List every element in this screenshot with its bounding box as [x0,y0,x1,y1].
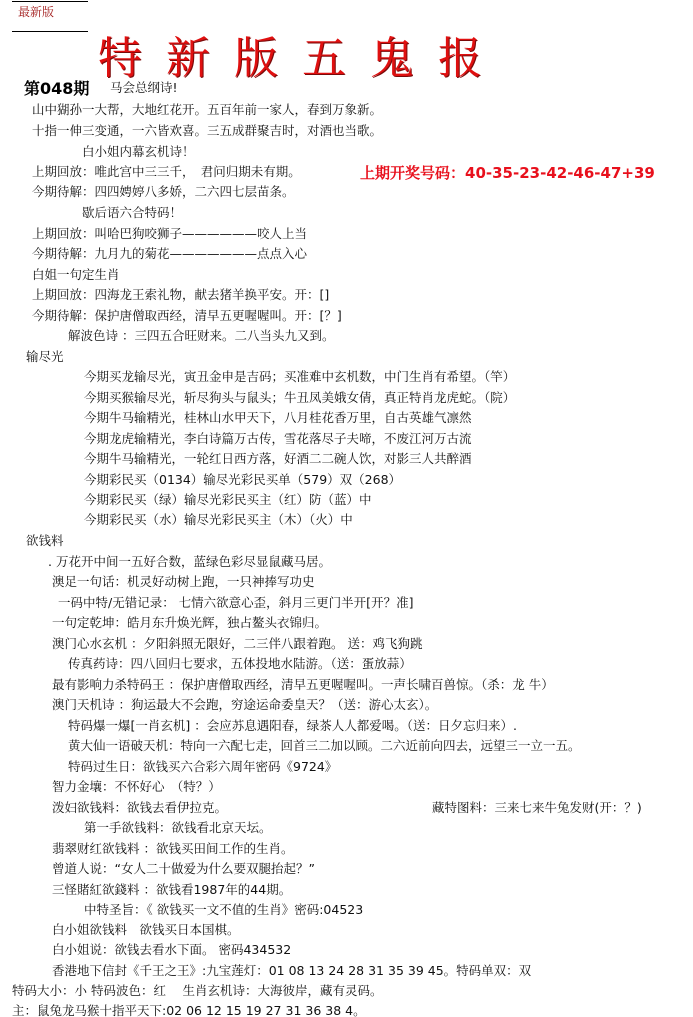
text-line: 今期待解：九月九的菊花———————点点入心 [32,244,307,264]
text-line: 曾道人说：“女人二十做爱为什么要双腿抬起？” [52,859,315,879]
text-line: 今期牛马输精光，一轮红日西方落，好酒二二碗人饮，对影三人共醉酒 [84,449,472,469]
text-line: 白小姐内幕玄机诗！ [82,142,195,162]
top-rule [12,1,88,2]
text-line: 今期龙虎输精光，李白诗篇万古传，雪花落尽子夫啼，不废江河万古流 [84,429,472,449]
text-line: 澳门心水玄机 ：夕阳斜照无限好，二三伴八跟着跑。 送：鸡飞狗跳 [52,634,422,654]
text-line: 今期买龙输尽光，寅丑金申是吉码；买准难中玄机数，中门生肖有希望。（竿） [84,367,515,387]
text-line: 白小姐欲钱料 欲钱买日本国棋。 [52,920,240,940]
text-line: 今期彩民买（水）输尽光彩民买主（木）（火）中 [84,510,353,530]
text-line: 白姐一句定生肖 [32,265,120,285]
text-line: 上期回放：叫哈巴狗咬狮子——————咬人上当 [32,224,307,244]
text-line: 传真药诗：四八回归七要求，五体投地水陆游。（送：蛋放蒜） [68,654,412,674]
text-line: 特码爆一爆[一肖玄机] ：会应苏息遇阳春，绿茶人人都爱喝。（送：日夕忘归来）. [68,716,517,736]
text-line: 三怪賭紅欲錢料 ：欲钱看1987年的44期。 [52,880,291,900]
text-line: 藏特图料：三来七来牛兔发财(开：？) [432,798,642,818]
text-line: 白小姐说：欲钱去看水下面。 密码434532 [52,940,291,960]
text-line: 输尽光 [26,347,64,367]
text-line: 最有影响力杀特码王 ：保护唐僧取西经，清早五更喔喔叫。一声长啸百兽惊。（杀：龙 … [52,675,554,695]
text-line: 欲钱料 [26,531,64,551]
issue-number: 第048期 [24,76,89,99]
text-line: 一句定乾坤：皓月东升焕光辉，独占鳌头衣锦归。 [52,613,327,633]
last-draw-numbers: 上期开奖号码：40-35-23-42-46-47+39 [360,162,655,183]
page-title: 特新版五鬼报 [98,22,506,86]
text-line: 澳足一句话：机灵好动树上跑，一只神捧写功史 [52,572,315,592]
issue-heading: 马会总纲诗! [110,78,178,98]
text-line: 黄大仙一语破天机：特向一六配七走，回首三二加以顾。二六近前向四去，远望三一立一五… [68,736,581,756]
text-line: 十指一伸三变通，一六皆欢喜。三五成群聚吉时，对酒也当歌。 [32,121,382,141]
text-line: 上期回放：四海龙王索礼物，献去猪羊换平安。开：[] [32,285,329,305]
text-line: 今期牛马输精光，桂林山水甲天下，八月桂花香万里，自古英雄气凛然 [84,408,472,428]
last-draw-value: 40-35-23-42-46-47+39 [465,164,655,182]
text-line: 解波色诗 ：三四五合旺财来。二八当头九又到。 [68,326,334,346]
text-line: 泼妇欲钱料：欲钱去看伊拉克。 [52,798,227,818]
text-line: 歇后语六合特码！ [82,203,182,223]
text-line: . 万花开中间一五好合数，蓝绿色彩尽显鼠藏马居。 [48,552,331,572]
text-line: 今期待解：保护唐僧取西经，清早五更喔喔叫。开：[？] [32,306,342,326]
text-line: 智力金壤：不怀好心 （特？） [52,777,221,797]
text-line: 今期彩民买（绿）输尽光彩民买主（红）防（蓝）中 [84,490,372,510]
text-line: 今期待解：四四娉婷八多娇，二六四七层苗条。 [32,182,295,202]
text-line: 翡翠财红欲钱料 ：欲钱买田间工作的生肖。 [52,839,293,859]
text-line: 澳门天机诗 ：狗运最大不会跑，穷途运命委皇天？（送：游心太玄）。 [52,695,437,715]
last-draw-label: 上期开奖号码： [360,164,465,182]
text-line: 今期彩民买（0134）输尽光彩民买单（579）双（268） [84,470,401,490]
text-line: 特码过生日：欲钱买六合彩六周年密码《9724》 [68,757,337,777]
text-line: 中特圣旨：《 欲钱买一文不值的生肖》密码:04523 [84,900,363,920]
tag-underline [12,31,88,32]
text-line: 山中猢孙一大帮，大地红花开。五百年前一家人，春到万象新。 [32,100,382,120]
text-line: 第一手欲钱料：欲钱看北京天坛。 [84,818,272,838]
edition-tag: 最新版 [18,3,54,20]
text-line: 香港地下信封《千王之王》:九宝莲灯：01 08 13 24 28 31 35 3… [52,961,531,981]
text-line: 上期回放：唯此宫中三三千， 君问归期未有期。 [32,162,301,182]
text-line: 今期买猴输尽光，斩尽狗头与鼠头；牛丑凤美娥女倩，真正特肖龙虎蛇。（院） [84,388,515,408]
text-line: 一码中特/无错记录： 七情六欲意心歪，斜月三更门半开[开？准] [58,593,413,613]
text-line: 主：鼠兔龙马猴十指平天下:02 06 12 15 19 27 31 36 38 … [12,1001,366,1017]
text-line: 特码大小：小 特码波色：红 生肖玄机诗：大海彼岸，藏有灵码。 [12,981,382,1001]
